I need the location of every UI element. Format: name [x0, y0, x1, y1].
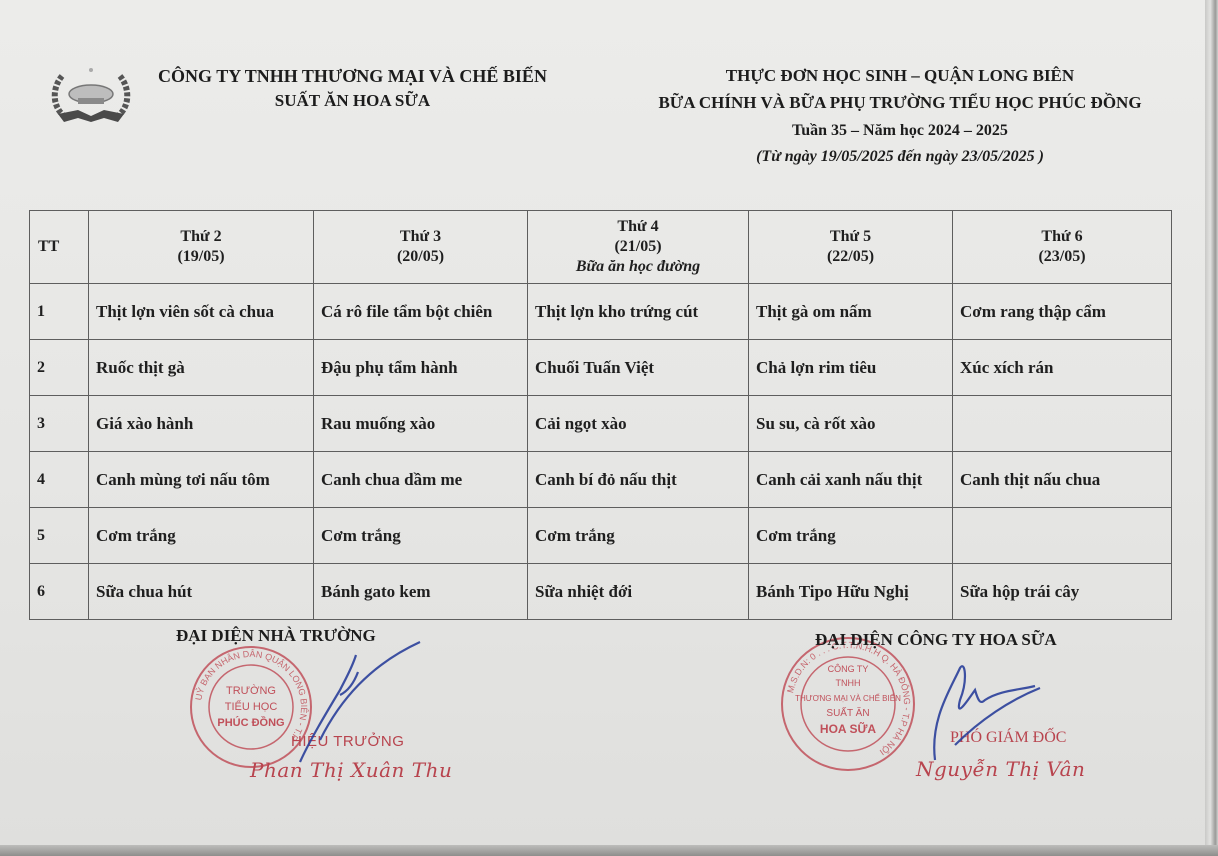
menu-cell: Cơm trắng	[749, 508, 953, 564]
svg-text:TRƯỜNG: TRƯỜNG	[226, 684, 276, 697]
menu-cell: Rau muống xào	[314, 396, 528, 452]
header-tt: TT	[30, 211, 89, 284]
company-name-line1: CÔNG TY TNHH THƯƠNG MẠI VÀ CHẾ BIẾN	[130, 64, 575, 88]
menu-cell: Canh thịt nấu chua	[953, 452, 1172, 508]
title-line2: BỮA CHÍNH VÀ BỮA PHỤ TRƯỜNG TIỂU HỌC PHÚ…	[610, 90, 1190, 116]
svg-text:TIỂU HỌC: TIỂU HỌC	[225, 700, 278, 713]
menu-cell: Cải ngọt xào	[528, 396, 749, 452]
menu-cell: Cơm trắng	[314, 508, 528, 564]
day-label: Thứ 5	[756, 227, 945, 247]
menu-cell: Canh bí đỏ nấu thịt	[528, 452, 749, 508]
menu-cell	[953, 396, 1172, 452]
header-day-thursday: Thứ 5 (22/05)	[749, 211, 953, 284]
menu-cell: Sữa chua hút	[89, 564, 314, 620]
day-label: Thứ 2	[96, 227, 306, 247]
table-row: 6Sữa chua hútBánh gato kemSữa nhiệt đớiB…	[30, 564, 1172, 620]
menu-title-block: THỰC ĐƠN HỌC SINH – QUẬN LONG BIÊN BỮA C…	[610, 64, 1190, 169]
menu-cell: Chuối Tuấn Việt	[528, 340, 749, 396]
company-header: CÔNG TY TNHH THƯƠNG MẠI VÀ CHẾ BIẾN SUẤT…	[130, 64, 575, 114]
table-row: 3Giá xào hànhRau muống xàoCải ngọt xàoSu…	[30, 396, 1172, 452]
header-day-monday: Thứ 2 (19/05)	[89, 211, 314, 284]
company-signer-name: Nguyễn Thị Vân	[916, 757, 1085, 781]
company-signer-role: PHÓ GIÁM ĐỐC	[950, 729, 1066, 747]
menu-cell: Ruốc thịt gà	[89, 340, 314, 396]
table-row: 5Cơm trắngCơm trắngCơm trắngCơm trắng	[30, 508, 1172, 564]
weekly-menu-table: TT Thứ 2 (19/05) Thứ 3 (20/05) Thứ 4 (21…	[29, 210, 1172, 620]
company-name-line2: SUẤT ĂN HOA SỮA	[130, 88, 575, 114]
title-line1: THỰC ĐƠN HỌC SINH – QUẬN LONG BIÊN	[610, 64, 1190, 88]
menu-cell: Đậu phụ tẩm hành	[314, 340, 528, 396]
svg-text:PHÚC ĐỒNG: PHÚC ĐỒNG	[217, 716, 284, 729]
page-edge-bottom	[0, 845, 1218, 856]
day-date: (22/05)	[756, 247, 945, 267]
svg-text:TNHH: TNHH	[836, 678, 861, 688]
day-date: (23/05)	[960, 247, 1164, 267]
header-day-wednesday: Thứ 4 (21/05) Bữa ăn học đường	[528, 211, 749, 284]
menu-cell: Cá rô file tẩm bột chiên	[314, 284, 528, 340]
menu-cell: Su su, cà rốt xào	[749, 396, 953, 452]
menu-cell: Thịt lợn viên sốt cà chua	[89, 284, 314, 340]
menu-cell: Bánh gato kem	[314, 564, 528, 620]
menu-cell: Bánh Tipo Hữu Nghị	[749, 564, 953, 620]
menu-cell: Cơm rang thập cẩm	[953, 284, 1172, 340]
day-date: (20/05)	[321, 247, 520, 267]
header-day-friday: Thứ 6 (23/05)	[953, 211, 1172, 284]
day-label: Thứ 6	[960, 227, 1164, 247]
menu-cell: Giá xào hành	[89, 396, 314, 452]
laurel-wreath-logo-icon	[48, 64, 134, 126]
week-line: Tuần 35 – Năm học 2024 – 2025	[610, 119, 1190, 143]
menu-cell: Cơm trắng	[528, 508, 749, 564]
table-row: 2Ruốc thịt gàĐậu phụ tẩm hànhChuối Tuấn …	[30, 340, 1172, 396]
day-date: (21/05)	[535, 237, 741, 257]
company-stamp-icon: M.S.D.N: 0 . . . C.T.T.N.H.H Q. HÀ ĐÔNG …	[778, 634, 918, 774]
menu-cell: Cơm trắng	[89, 508, 314, 564]
day-date: (19/05)	[96, 247, 306, 267]
day-note: Bữa ăn học đường	[535, 257, 741, 277]
menu-cell: Canh chua dầm me	[314, 452, 528, 508]
school-signer-name: Phan Thị Xuân Thu	[250, 758, 452, 782]
day-label: Thứ 4	[535, 217, 741, 237]
svg-text:THƯƠNG MẠI VÀ CHẾ BIẾN: THƯƠNG MẠI VÀ CHẾ BIẾN	[795, 693, 901, 703]
svg-text:HOA SỮA: HOA SỮA	[820, 721, 877, 736]
school-stamp-icon: UỶ BAN NHÂN DÂN QUẬN LONG BIÊN - T.P TRƯ…	[188, 644, 314, 770]
row-number: 5	[30, 508, 89, 564]
menu-cell: Xúc xích rán	[953, 340, 1172, 396]
table-header-row: TT Thứ 2 (19/05) Thứ 3 (20/05) Thứ 4 (21…	[30, 211, 1172, 284]
table-row: 1Thịt lợn viên sốt cà chuaCá rô file tẩm…	[30, 284, 1172, 340]
menu-cell: Chả lợn rim tiêu	[749, 340, 953, 396]
menu-cell: Canh mùng tơi nấu tôm	[89, 452, 314, 508]
menu-cell: Sữa hộp trái cây	[953, 564, 1172, 620]
school-representative-title: ĐẠI DIỆN NHÀ TRƯỜNG	[176, 626, 376, 646]
day-label: Thứ 3	[321, 227, 520, 247]
svg-text:SUẤT ĂN: SUẤT ĂN	[826, 706, 869, 719]
row-number: 6	[30, 564, 89, 620]
table-body: 1Thịt lợn viên sốt cà chuaCá rô file tẩm…	[30, 284, 1172, 620]
row-number: 1	[30, 284, 89, 340]
menu-cell: Canh cải xanh nấu thịt	[749, 452, 953, 508]
menu-cell: Thịt gà om nấm	[749, 284, 953, 340]
row-number: 2	[30, 340, 89, 396]
school-signer-role: HIỆU TRƯỞNG	[291, 733, 404, 750]
table-row: 4Canh mùng tơi nấu tômCanh chua dầm meCa…	[30, 452, 1172, 508]
header-day-tuesday: Thứ 3 (20/05)	[314, 211, 528, 284]
menu-cell: Thịt lợn kho trứng cút	[528, 284, 749, 340]
menu-cell	[953, 508, 1172, 564]
date-range-line: (Từ ngày 19/05/2025 đến ngày 23/05/2025 …	[610, 145, 1190, 169]
page-edge-right	[1205, 0, 1218, 856]
svg-text:CÔNG TY: CÔNG TY	[828, 664, 869, 674]
row-number: 3	[30, 396, 89, 452]
company-representative-title: ĐẠI DIỆN CÔNG TY HOA SỮA	[815, 630, 1057, 650]
menu-cell: Sữa nhiệt đới	[528, 564, 749, 620]
row-number: 4	[30, 452, 89, 508]
